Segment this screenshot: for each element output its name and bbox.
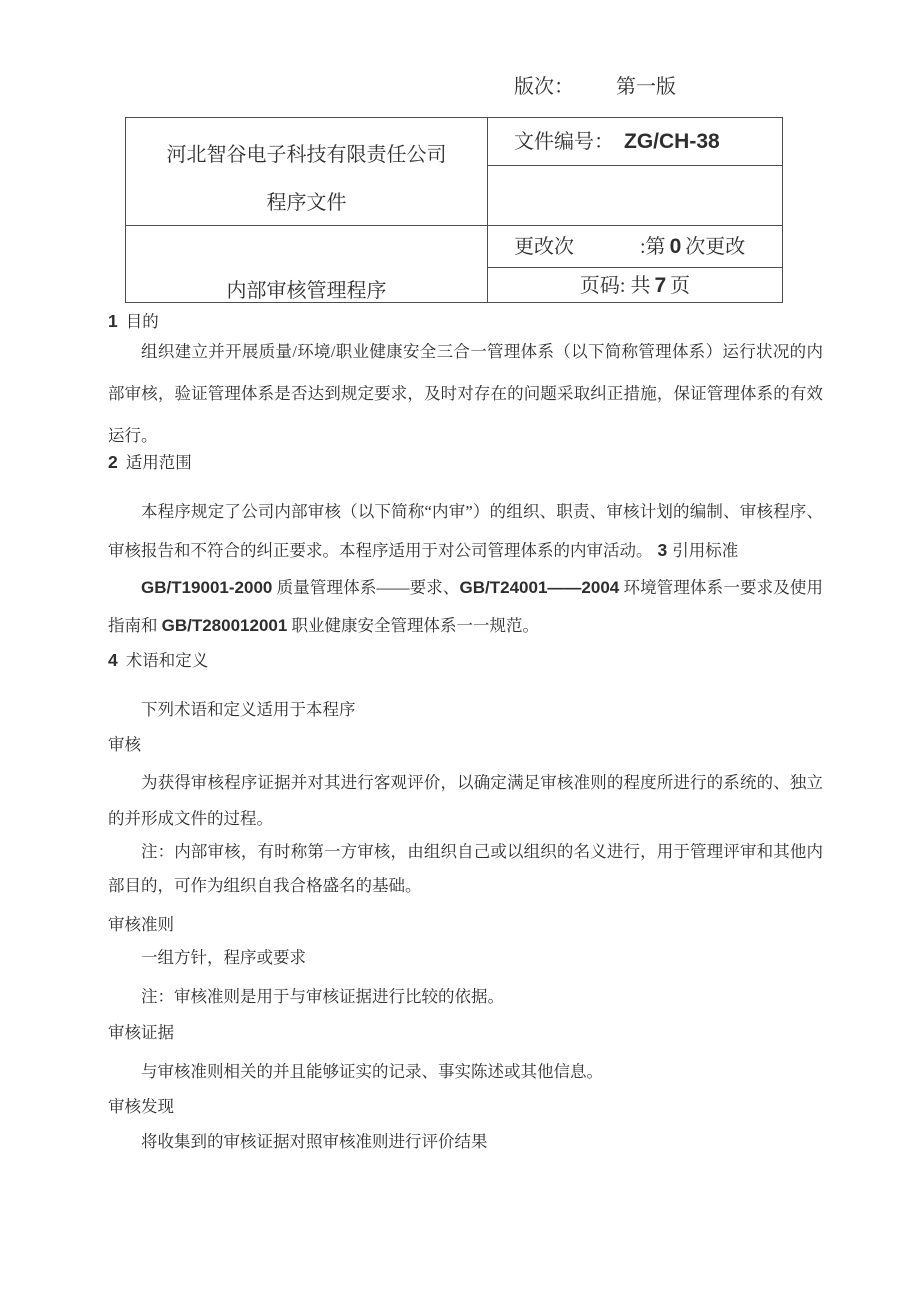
standard-code-3: GB/T280012001 [162,616,288,635]
document-header-table: 河北智谷电子科技有限责任公司 程序文件 内部审核管理程序 文件编号：ZG/CH-… [125,117,783,303]
section-2-paragraph: 本程序规定了公司内部审核（以下简称“内审”）的组织、职责、审核计划的编制、审核程… [108,493,823,570]
standard-code-2: GB/T24001——2004 [460,578,620,597]
version-row: 版次：第一版 [488,57,782,117]
document-title: 内部审核管理程序 [126,274,487,303]
page-count-row: 页码: 共7页 [488,268,782,304]
section-2-number: 2 [108,452,118,472]
section-1-title: 目的 [126,312,159,331]
change-label: 更改次 [514,236,574,258]
term-audit-evidence-definition: 与审核准则相关的并且能够证实的记录、事实陈述或其他信息。 [108,1053,823,1091]
term-audit-evidence: 审核证据 [108,1014,823,1052]
section-4-number: 4 [108,650,118,670]
change-number: 0 [670,235,682,258]
standard-text-1: 质量管理体系——要求、 [272,578,459,597]
section-4-intro: 下列术语和定义适用于本程序 [108,691,823,729]
section-2-heading: 2适用范围 [108,443,823,482]
doc-number-label: 文件编号： [514,131,614,153]
section-3-title-inline: 引用标准 [672,541,738,560]
doc-number-row: 文件编号：ZG/CH-38 [488,118,782,165]
standard-code-1: GB/T19001-2000 [141,578,272,597]
document-type: 程序文件 [126,186,487,215]
document-page: { "page": { "background": "#ffffff", "te… [0,0,920,1303]
company-name: 河北智谷电子科技有限责任公司 [126,138,487,167]
table-left-row-divider [126,225,487,226]
term-audit: 审核 [108,726,823,764]
standard-text-3: 职业健康安全管理体系一一规范。 [287,616,539,635]
section-3-paragraph: GB/T19001-2000 质量管理体系——要求、GB/T24001——200… [108,569,823,645]
page-count-suffix: 页 [670,275,690,297]
change-suffix: 次更改 [685,236,745,258]
term-audit-definition: 为获得审核程序证据并对其进行客观评价，以确定满足审核准则的程度所进行的系统的、独… [108,765,823,837]
section-4-title: 术语和定义 [126,651,209,670]
page-count-number: 7 [654,274,666,297]
term-audit-criteria-definition: 一组方针，程序或要求 [108,939,823,977]
section-4-heading: 4术语和定义 [108,641,823,680]
section-2-title: 适用范围 [126,453,192,472]
table-right-row-divider-1 [487,165,782,166]
page-count-pre: 共 [630,275,650,297]
change-colon: :第 [640,236,666,258]
term-audit-criteria-note: 注：审核准则是用于与审核证据进行比较的依据。 [108,978,823,1016]
doc-number-value: ZG/CH-38 [624,130,720,153]
term-audit-findings: 审核发现 [108,1088,823,1126]
change-row: 更改次:第0次更改 [488,226,782,267]
section-3-number-inline: 3 [658,540,668,560]
term-audit-findings-definition: 将收集到的审核证据对照审核准则进行评价结果 [108,1123,823,1161]
term-audit-note: 注：内部审核，有时称第一方审核，由组织自己或以组织的名义进行，用于管理评审和其他… [108,835,823,903]
version-value: 第一版 [616,76,676,98]
section-1-number: 1 [108,311,118,331]
section-1-paragraph: 组织建立并开展质量/环境/职业健康安全三合一管理体系（以下简称管理体系）运行状况… [108,331,823,457]
version-label: 版次： [514,76,574,98]
page-label: 页码: [580,275,626,297]
